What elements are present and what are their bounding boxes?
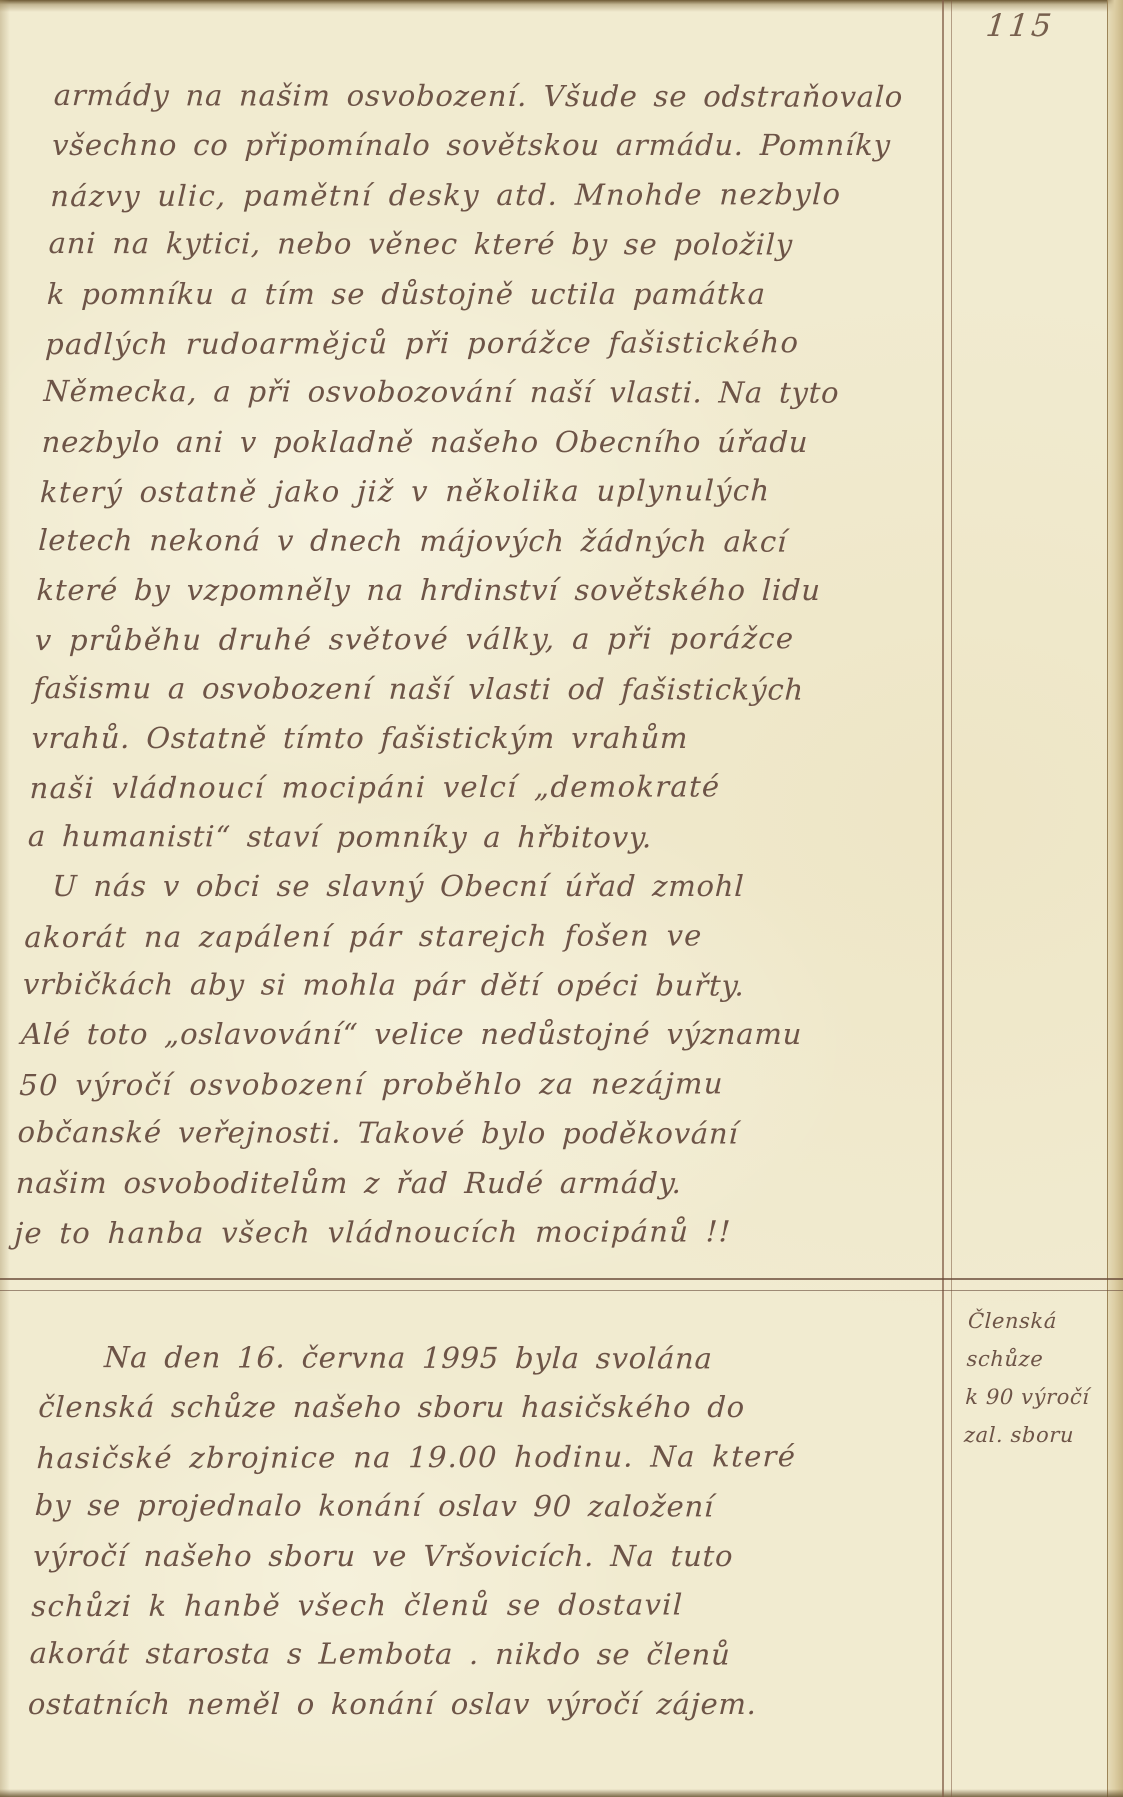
paper-edge-left bbox=[0, 0, 10, 1797]
handwritten-line: U nás v obci se slavný Obecní úřad zmohl bbox=[25, 862, 932, 911]
handwritten-paragraph-liberation: armády na našim osvobození. Všude se ods… bbox=[13, 72, 959, 1257]
handwritten-line: padlých rudoarmějců při porážce fašistic… bbox=[44, 318, 951, 370]
handwritten-line: Členská bbox=[967, 1302, 1120, 1340]
handwritten-line: výročí našeho sboru ve Vršovicích. Na tu… bbox=[32, 1532, 939, 1581]
page-number: 115 bbox=[984, 8, 1056, 44]
margin-note: Členskáschůzek 90 výročízal. sboru bbox=[963, 1302, 1120, 1454]
handwritten-line: našim osvoboditelům z řad Rudé armády. bbox=[15, 1159, 922, 1208]
handwritten-line: které by vzpomněly na hrdinství sovětské… bbox=[36, 566, 943, 615]
handwritten-line: Na den 16. června 1995 byla svolána bbox=[39, 1333, 946, 1384]
chronicle-page: 115 armády na našim osvobození. Všude se… bbox=[0, 0, 1123, 1797]
handwritten-line: naši vládnoucí mocipáni velcí „demokraté bbox=[29, 762, 936, 814]
handwritten-line: a humanisti“ staví pomníky a hřbitovy. bbox=[27, 812, 934, 863]
handwritten-line: ani na kytici, nebo věnec které by se po… bbox=[48, 219, 955, 270]
handwritten-line: armády na našim osvobození. Všude se ods… bbox=[53, 71, 960, 122]
handwritten-paragraph-meeting: Na den 16. června 1995 byla svolánačlens… bbox=[27, 1334, 946, 1729]
handwritten-line: vrbičkách aby si mohla pár dětí opéci bu… bbox=[22, 960, 929, 1011]
handwritten-line: akorát starosta s Lembota . nikdo se čle… bbox=[29, 1629, 936, 1680]
handwritten-line: fašismu a osvobození naší vlasti od faši… bbox=[32, 664, 939, 715]
handwritten-line: ostatních neměl o konání oslav výročí zá… bbox=[27, 1680, 934, 1729]
handwritten-line: Německa, a při osvobozování naší vlasti.… bbox=[43, 367, 950, 418]
handwritten-line: občanské veřejnosti. Takové bylo poděkov… bbox=[17, 1108, 924, 1159]
handwritten-line: Alé toto „oslavování“ velice nedůstojné … bbox=[20, 1010, 927, 1059]
paper-edge-top bbox=[0, 0, 1123, 12]
handwritten-line: akorát na zapálení pár starejch fošen ve bbox=[24, 910, 931, 962]
handwritten-line: by se projednalo konání oslav 90 založen… bbox=[34, 1481, 941, 1532]
handwritten-line: nezbylo ani v pokladně našeho Obecního ú… bbox=[41, 418, 948, 467]
handwritten-line: schůze bbox=[966, 1340, 1119, 1378]
handwritten-line: názvy ulic, pamětní desky atd. Mnohde ne… bbox=[50, 170, 957, 222]
handwritten-line: všechno co připomínalo sovětskou armádu.… bbox=[51, 121, 958, 170]
handwritten-line: letech nekoná v dnech májových žádných a… bbox=[37, 516, 944, 567]
handwritten-line: zal. sboru bbox=[963, 1416, 1116, 1454]
section-divider-line-upper bbox=[0, 1278, 1123, 1280]
handwritten-line: vrahů. Ostatně tímto fašistickým vrahům bbox=[31, 714, 938, 763]
handwritten-line: 50 výročí osvobození proběhlo za nezájmu bbox=[19, 1059, 926, 1111]
handwritten-line: k 90 výročí bbox=[965, 1378, 1118, 1416]
handwritten-line: členská schůze našeho sboru hasičského d… bbox=[37, 1383, 944, 1432]
handwritten-line: hasičské zbrojnice na 19.00 hodinu. Na k… bbox=[36, 1432, 943, 1484]
section-divider-line-lower bbox=[0, 1290, 1123, 1291]
handwritten-line: který ostatně jako již v několika uplynu… bbox=[39, 466, 946, 518]
handwritten-line: k pomníku a tím se důstojně uctila památ… bbox=[46, 270, 953, 319]
paper-edge-right bbox=[1107, 0, 1123, 1797]
handwritten-line: schůzi k hanbě všech členů se dostavil bbox=[31, 1580, 938, 1632]
handwritten-line: v průběhu druhé světové války, a při por… bbox=[34, 614, 941, 666]
handwritten-line: je to hanba všech vládnoucích mocipánů !… bbox=[13, 1207, 920, 1259]
paper-edge-bottom bbox=[0, 1789, 1123, 1797]
